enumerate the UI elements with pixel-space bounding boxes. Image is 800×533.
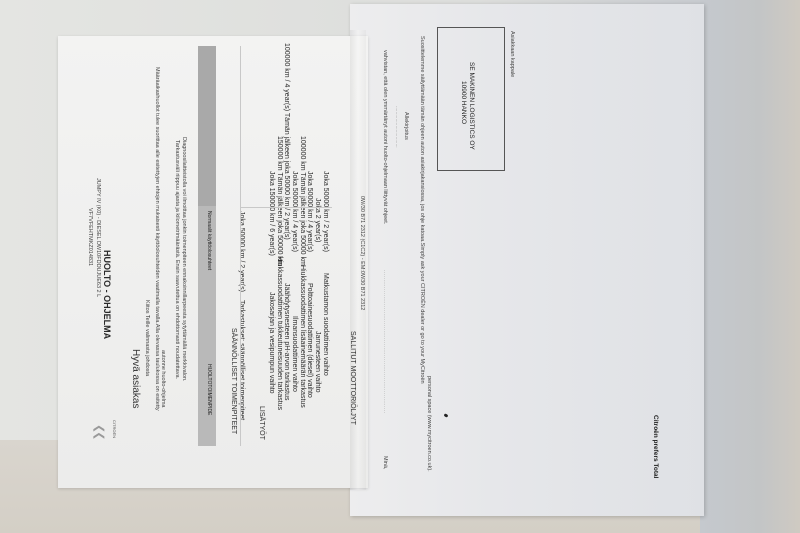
extra-item-name: Hiukkassuodattimen lisäainemäärän tarkas…	[299, 265, 306, 408]
footer-brand-text: Citroën prefers Total	[652, 415, 659, 478]
confirm-prefix: Minä,	[382, 456, 388, 469]
document-page-right	[350, 4, 704, 516]
table-header-col2: Normaalit käyttöolosuhteet	[206, 211, 212, 270]
extra-item-interval: 100000 km Tämän jälkeen joka 50000 km	[299, 136, 306, 266]
extra-item-interval: Joka 50000 km / 4 year(s)	[306, 171, 313, 252]
extra-item-name: Polttoainesuodattimen (diesel) vaihto	[306, 283, 313, 398]
greeting: Hyvä asiakas	[130, 349, 141, 408]
table-column-divider	[240, 207, 332, 208]
table-border	[240, 46, 241, 446]
signature-dotted-line[interactable]: ..............................	[394, 106, 400, 148]
citroen-chevrons-icon: ❮❮	[93, 424, 106, 438]
signature-label: Allekirjoitus	[403, 112, 409, 140]
wall-background	[700, 0, 800, 533]
dealer-address: 10900 HANKO	[460, 81, 467, 124]
extra-item-interval: Joka 50000 km / 4 year(s)	[291, 171, 298, 252]
vehicle-line-1: JUMPY IV (K0) - DIESEL DW10FDDUJUE63 2 L	[95, 178, 101, 297]
confirm-text: vahvistan, että olen ymmärtänyt autoni h…	[382, 50, 388, 224]
copy-label: Asiakkaan kappale	[509, 31, 515, 77]
extra-item-interval: 150000 km Tämän jälkeen joka 50000 km	[276, 136, 283, 266]
table-header-shade	[198, 46, 216, 206]
vehicle-line-2: VF7VFEHTMKZ014831	[87, 208, 93, 266]
extra-item-interval: 100000 km / 4 year(s) Tämän jälkeen joka…	[283, 43, 290, 240]
intro-line-5: Diagnoosilaitteistolla voi ilmoittaa jon…	[181, 137, 187, 382]
citroen-logo-text: CITROËN	[112, 420, 117, 438]
intro-line-3: autonne huolto-ohjelma	[160, 350, 166, 408]
extra-item-name: Jakosarjan ja vesipumpun vaihto	[268, 292, 275, 394]
section-extra: LISÄTYÖT	[258, 406, 265, 440]
extra-item-name: Hiukkassuodattimen tukkeutuneisuuden tar…	[276, 256, 283, 410]
extra-item-name: Jäähdytysnesteen pH-arvon tarkastus	[283, 283, 290, 401]
extra-item-interval: Joka 50000 km / 2 year(s)	[322, 171, 329, 252]
document-title: HUOLTO - OHJELMA	[102, 250, 112, 339]
oils-value: 0W/30 B71 2312 (C1C2) - EM:0W30 B71 2312	[359, 196, 365, 310]
extra-item-name: Matkustamon suodattimen vaihto	[322, 273, 329, 376]
recommend-line-2: personal space (www.mycitroen.co.uk).	[426, 376, 432, 472]
intro-line-4: Tarkastusväli riippuu ajasta ja kilometr…	[174, 140, 180, 379]
recommend-line-1: Suosittelemme säilyttämään tämän ohjeen …	[419, 36, 425, 384]
extra-item-interval: Joka 2 year(s)	[314, 198, 321, 242]
intro-line-1: Kiitos Teille valinnasta johdosta	[144, 300, 150, 376]
dealer-name: SE MAKINEN LOGISTICS OY	[468, 62, 475, 150]
table-header-col1: HUOLTOTOIMENPIDE	[206, 364, 212, 415]
extra-item-interval: Joka 150000 km / 6 year(s)	[268, 171, 275, 256]
section-regular: SÄÄNNÖLLISET TOIMENPITEET	[230, 328, 237, 434]
section-oils: SALLITUT MOOTTORIÖLJYT	[349, 331, 356, 425]
name-dotted-line[interactable]: ........................................…	[382, 270, 388, 414]
extra-item-name: Ilmansuodattimen vaihto	[291, 316, 298, 392]
extra-item-name: Jarrunesteen vaihto	[314, 331, 321, 392]
